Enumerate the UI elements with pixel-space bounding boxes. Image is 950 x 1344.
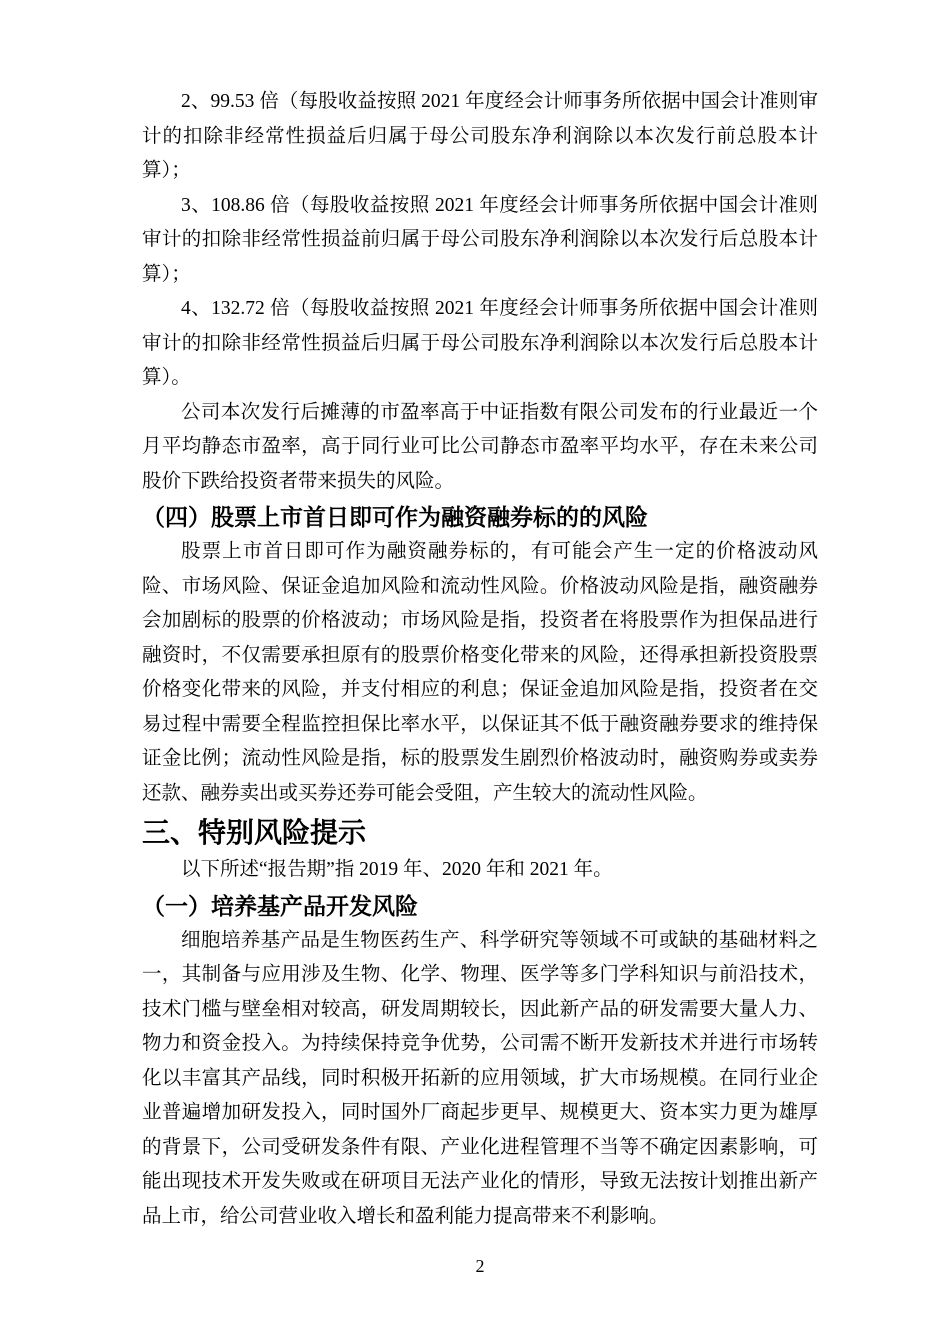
page-number: 2 [142,1256,818,1276]
paragraph-pe-ratio-item-3: 3、108.86 倍（每股收益按照 2021 年度经会计师事务所依据中国会计准则… [142,189,818,293]
heading-section-4-margin-trading-risk: （四）股票上市首日即可作为融资融券标的的风险 [142,499,818,535]
heading-special-risk-notice: 三、特别风险提示 [142,813,818,853]
paragraph-culture-medium-development-risk: 细胞培养基产品是生物医药生产、科学研究等领域不可或缺的基础材料之一，其制备与应用… [142,924,818,1235]
paragraph-margin-trading-risk: 股票上市首日即可作为融资融券标的，有可能会产生一定的价格波动风险、市场风险、保证… [142,535,818,811]
paragraph-reporting-period-note: 以下所述“报告期”指 2019 年、2020 年和 2021 年。 [142,853,818,888]
paragraph-pe-ratio-item-4: 4、132.72 倍（每股收益按照 2021 年度经会计师事务所依据中国会计准则… [142,292,818,396]
heading-section-1-culture-medium-risk: （一）培养基产品开发风险 [142,888,818,924]
paragraph-pe-ratio-item-2: 2、99.53 倍（每股收益按照 2021 年度经会计师事务所依据中国会计准则审… [142,85,818,189]
paragraph-pe-ratio-risk: 公司本次发行后摊薄的市盈率高于中证指数有限公司发布的行业最近一个月平均静态市盈率… [142,396,818,500]
document-page: 2、99.53 倍（每股收益按照 2021 年度经会计师事务所依据中国会计准则审… [0,0,950,1344]
